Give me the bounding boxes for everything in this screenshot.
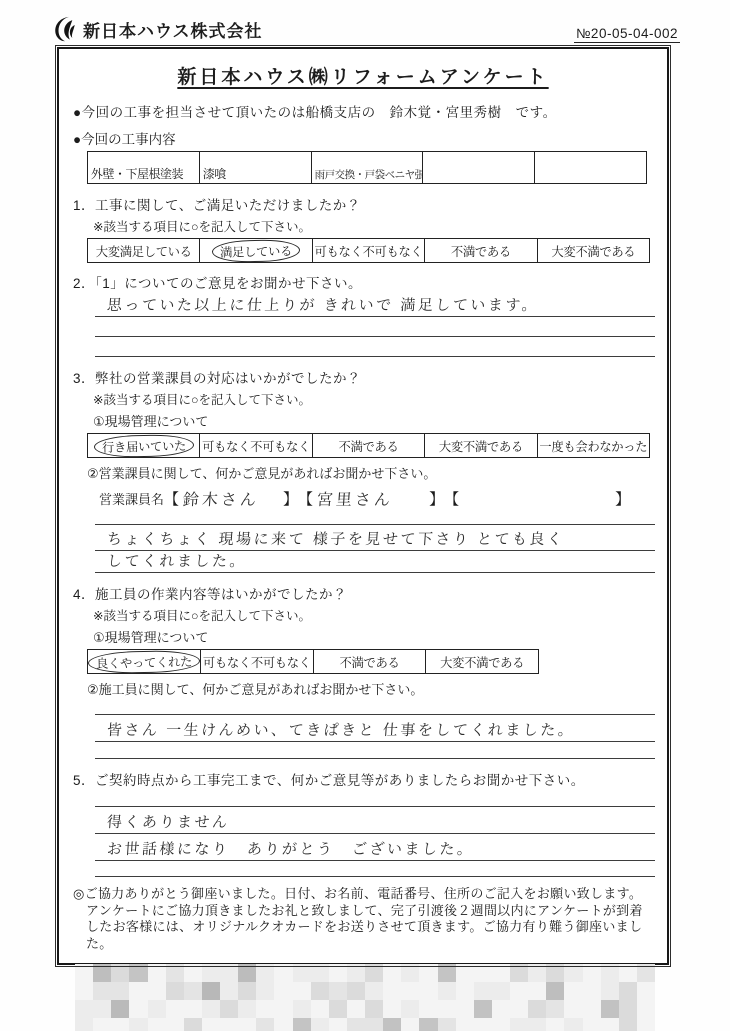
- option-cell: 大変不満である: [425, 434, 537, 457]
- footer-note: ◎ご協力ありがとう御座いました。日付、お名前、電話番号、住所のご記入をお願い致し…: [73, 886, 653, 952]
- q4-sub2: ②施工員に関して、何かご意見があればお聞かせ下さい。: [87, 679, 653, 698]
- q4-sub1: ①現場管理について: [93, 627, 653, 646]
- staff-label: 営業課員名: [99, 489, 164, 508]
- q2-answer-line: 思っていた以上に仕上りが きれいで 満足しています。: [95, 292, 655, 317]
- bracket-close-3: 】: [615, 488, 630, 509]
- staff-names-line: 営業課員名 【 鈴木さん 】 【 宮里さん 】 【 】: [99, 486, 653, 510]
- company-name: 新日本ハウス株式会社: [83, 17, 263, 42]
- footer-line-3: したお客様には、オリジナルクオカードをお送りさせて頂きます。ご協力有り難う御座い…: [73, 919, 653, 952]
- option-cell: 大変満足している: [88, 239, 200, 262]
- company-brand: 新日本ハウス株式会社: [52, 16, 263, 42]
- bracket-open-3: 【: [444, 488, 459, 509]
- q3-sub2: ②営業課員に関して、何かご意見があればお聞かせ下さい。: [87, 463, 653, 482]
- option-cell: 満足している: [200, 239, 312, 262]
- form-title: 新日本ハウス㈱リフォームアンケート: [73, 62, 653, 89]
- q3-handwritten-answer-1: ちょくちょく 現場に来て 様子を見せて下さり とても良く: [106, 528, 565, 549]
- q1-options: 大変満足している満足している可もなく不可もなく不満である大変不満である: [87, 238, 650, 263]
- q2-heading: 2．「1」についてのご意見をお聞かせ下さい。: [73, 272, 653, 292]
- q2-blank-rule-2: [95, 337, 655, 357]
- bracket-open-2: 【: [298, 488, 313, 509]
- q4-blank-rule-2: [95, 742, 655, 759]
- q5-heading: 5．ご契約時点から工事完工まで、何かご意見等がありましたらお聞かせ下さい。: [73, 769, 653, 789]
- q2-handwritten-answer: 思っていた以上に仕上りが きれいで 満足しています。: [106, 294, 540, 315]
- option-cell: 不満である: [425, 239, 537, 262]
- work-content-cell: 雨戸交換・戸袋ベニヤ張: [312, 152, 424, 183]
- q3-handwritten-answer-2: してくれました。: [106, 550, 247, 571]
- option-cell: 行き届いていた: [88, 434, 200, 457]
- bracket-open-1: 【: [164, 488, 179, 509]
- option-cell: 可もなく不可もなく: [201, 650, 314, 673]
- option-cell: 良くやってくれた: [88, 650, 201, 673]
- scanned-questionnaire-page: 新日本ハウス株式会社 №20-05-04-002 新日本ハウス㈱リフォームアンケ…: [0, 0, 730, 1031]
- option-cell: 不満である: [314, 650, 427, 673]
- selected-option-circle: 行き届いていた: [93, 433, 193, 457]
- redacted-personal-info: [75, 964, 655, 1031]
- selected-option-circle: 満足している: [212, 239, 300, 263]
- q4-note: ※該当する項目に○を記入して下さい。: [93, 606, 653, 624]
- work-content-label: ●今回の工事内容: [73, 128, 653, 148]
- q5-blank-rule-2: [95, 861, 655, 877]
- document-number: №20-05-04-002: [574, 26, 680, 43]
- work-content-cell: 外壁・下屋根塗装: [88, 152, 200, 183]
- q4-blank-rule-1: [95, 698, 655, 715]
- q4-answer-line: 皆さん 一生けんめい、てきぱきと 仕事をしてくれました。: [95, 715, 655, 742]
- work-content-cell: [423, 152, 535, 183]
- q1-heading: 1．工事に関して、ご満足いただけましたか？: [73, 194, 653, 214]
- q3-answer-line-2: してくれました。: [95, 551, 655, 573]
- footer-line-1: ◎ご協力ありがとう御座いました。日付、お名前、電話番号、住所のご記入をお願い致し…: [73, 886, 653, 903]
- q3-sub1: ①現場管理について: [93, 411, 653, 430]
- form-box: 新日本ハウス㈱リフォームアンケート ●今回の工事を担当させて頂いたのは船橋支店の…: [57, 47, 669, 965]
- option-cell: 大変不満である: [538, 239, 649, 262]
- q5-handwritten-answer-2: お世話様になり ありがとう ございました。: [106, 838, 475, 859]
- staff-name-3: [459, 491, 615, 506]
- work-content-cell: 漆喰: [200, 152, 312, 183]
- q3-blank-rule: [95, 510, 655, 525]
- work-content-table: 外壁・下屋根塗装漆喰雨戸交換・戸袋ベニヤ張: [87, 151, 647, 184]
- staff-name-1: 鈴木さん: [179, 487, 283, 510]
- company-logo-icon: [52, 16, 78, 42]
- q4-options: 良くやってくれた可もなく不可もなく不満である大変不満である: [87, 649, 539, 674]
- q4-handwritten-answer: 皆さん 一生けんめい、てきぱきと 仕事をしてくれました。: [106, 719, 576, 740]
- q2-blank-rule-1: [95, 317, 655, 337]
- staff-name-2: 宮里さん: [313, 487, 429, 510]
- work-content-cell: [535, 152, 646, 183]
- option-cell: 可もなく不可もなく: [313, 239, 425, 262]
- q1-note: ※該当する項目に○を記入して下さい。: [93, 217, 653, 235]
- bracket-close-2: 】: [429, 488, 444, 509]
- option-cell: 不満である: [313, 434, 425, 457]
- q3-note: ※該当する項目に○を記入して下さい。: [93, 390, 653, 408]
- bracket-close-1: 】: [283, 488, 298, 509]
- q3-answer-line-1: ちょくちょく 現場に来て 様子を見せて下さり とても良く: [95, 525, 655, 551]
- footer-line-2: アンケートにご協力頂きましたお礼と致しまして、完了引渡後２週間以内にアンケートが…: [73, 903, 653, 920]
- selected-option-circle: 良くやってくれた: [88, 649, 200, 673]
- q3-options: 行き届いていた可もなく不可もなく不満である大変不満である一度も会わなかった: [87, 433, 650, 458]
- intro-line: ●今回の工事を担当させて頂いたのは船橋支店の 鈴木覚・宮里秀樹 です。: [73, 101, 653, 121]
- q5-handwritten-answer-1: 得くありません: [106, 811, 230, 832]
- option-cell: 一度も会わなかった: [538, 434, 649, 457]
- q5-answer-line-2: お世話様になり ありがとう ございました。: [95, 834, 655, 861]
- q5-blank-rule-1: [95, 789, 655, 807]
- q4-heading: 4．施工員の作業内容等はいかがでしたか？: [73, 583, 653, 603]
- option-cell: 大変不満である: [426, 650, 538, 673]
- option-cell: 可もなく不可もなく: [200, 434, 312, 457]
- q5-answer-line-1: 得くありません: [95, 807, 655, 834]
- q3-heading: 3．弊社の営業課員の対応はいかがでしたか？: [73, 367, 653, 387]
- page-header: 新日本ハウス株式会社 №20-05-04-002: [0, 0, 730, 48]
